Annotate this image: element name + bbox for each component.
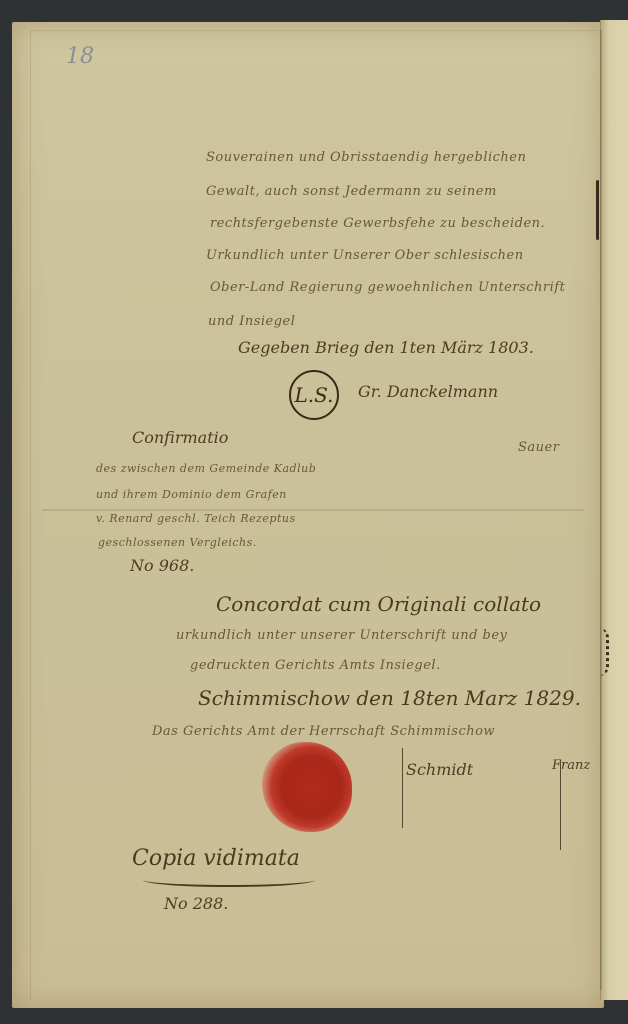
locus-sigilli-mark: L.S. [289,370,339,420]
binding-thread [598,628,609,676]
confirmatio-line: und ihrem Dominio dem Grafen [96,488,287,501]
date-line: Gegeben Brieg den 1ten März 1803. [238,338,534,357]
concordat-line: gedruckten Gerichts Amts Insiegel. [190,658,441,673]
spine-ink-mark [596,180,599,240]
copia-heading: Copia vidimata [132,846,300,871]
binding-spine [600,30,602,990]
next-page-edge [600,20,628,1000]
paper-fold-line [42,509,584,511]
confirmatio-heading: Confirmatio [132,428,228,447]
confirmatio-line: v. Renard geschl. Teich Rezeptus [96,512,296,525]
text-line: Ober-Land Regierung gewoehnlichen Unters… [210,280,565,295]
court-line: Das Gerichts Amt der Herrschaft Schimmis… [152,724,495,739]
text-line: rechtsfergebenste Gewerbsfehe zu beschei… [210,216,545,231]
concordat-place-date: Schimmischow den 18ten Marz 1829. [198,686,581,710]
text-line: und Insiegel [208,314,295,329]
confirmatio-line: des zwischen dem Gemeinde Kadlub [96,462,316,475]
concordat-heading: Concordat cum Originali collato [216,592,541,616]
signature-danckelmann: Gr. Danckelmann [358,382,498,401]
ls-text: L.S. [295,383,334,407]
confirmatio-number: No 968. [130,556,194,575]
signature-left: Schmidt [406,760,473,779]
concordat-line: urkundlich unter unserer Unterschrift un… [176,628,507,643]
copia-number: No 288. [164,894,228,913]
signature-flourish [402,748,403,828]
pencil-folio-number: 18 [66,44,94,69]
text-line: Souverainen und Obrisstaendig hergeblich… [206,150,526,165]
text-line: Urkundlich unter Unserer Ober schlesisch… [206,248,524,263]
right-margin-note: Sauer [518,440,559,455]
signature-right: Franz [552,758,590,773]
signature-flourish [560,760,561,850]
confirmatio-line: geschlossenen Vergleichs. [98,536,257,549]
text-line: Gewalt, auch sonst Jedermann zu seinem [206,184,497,199]
flourish-underline [143,873,315,887]
